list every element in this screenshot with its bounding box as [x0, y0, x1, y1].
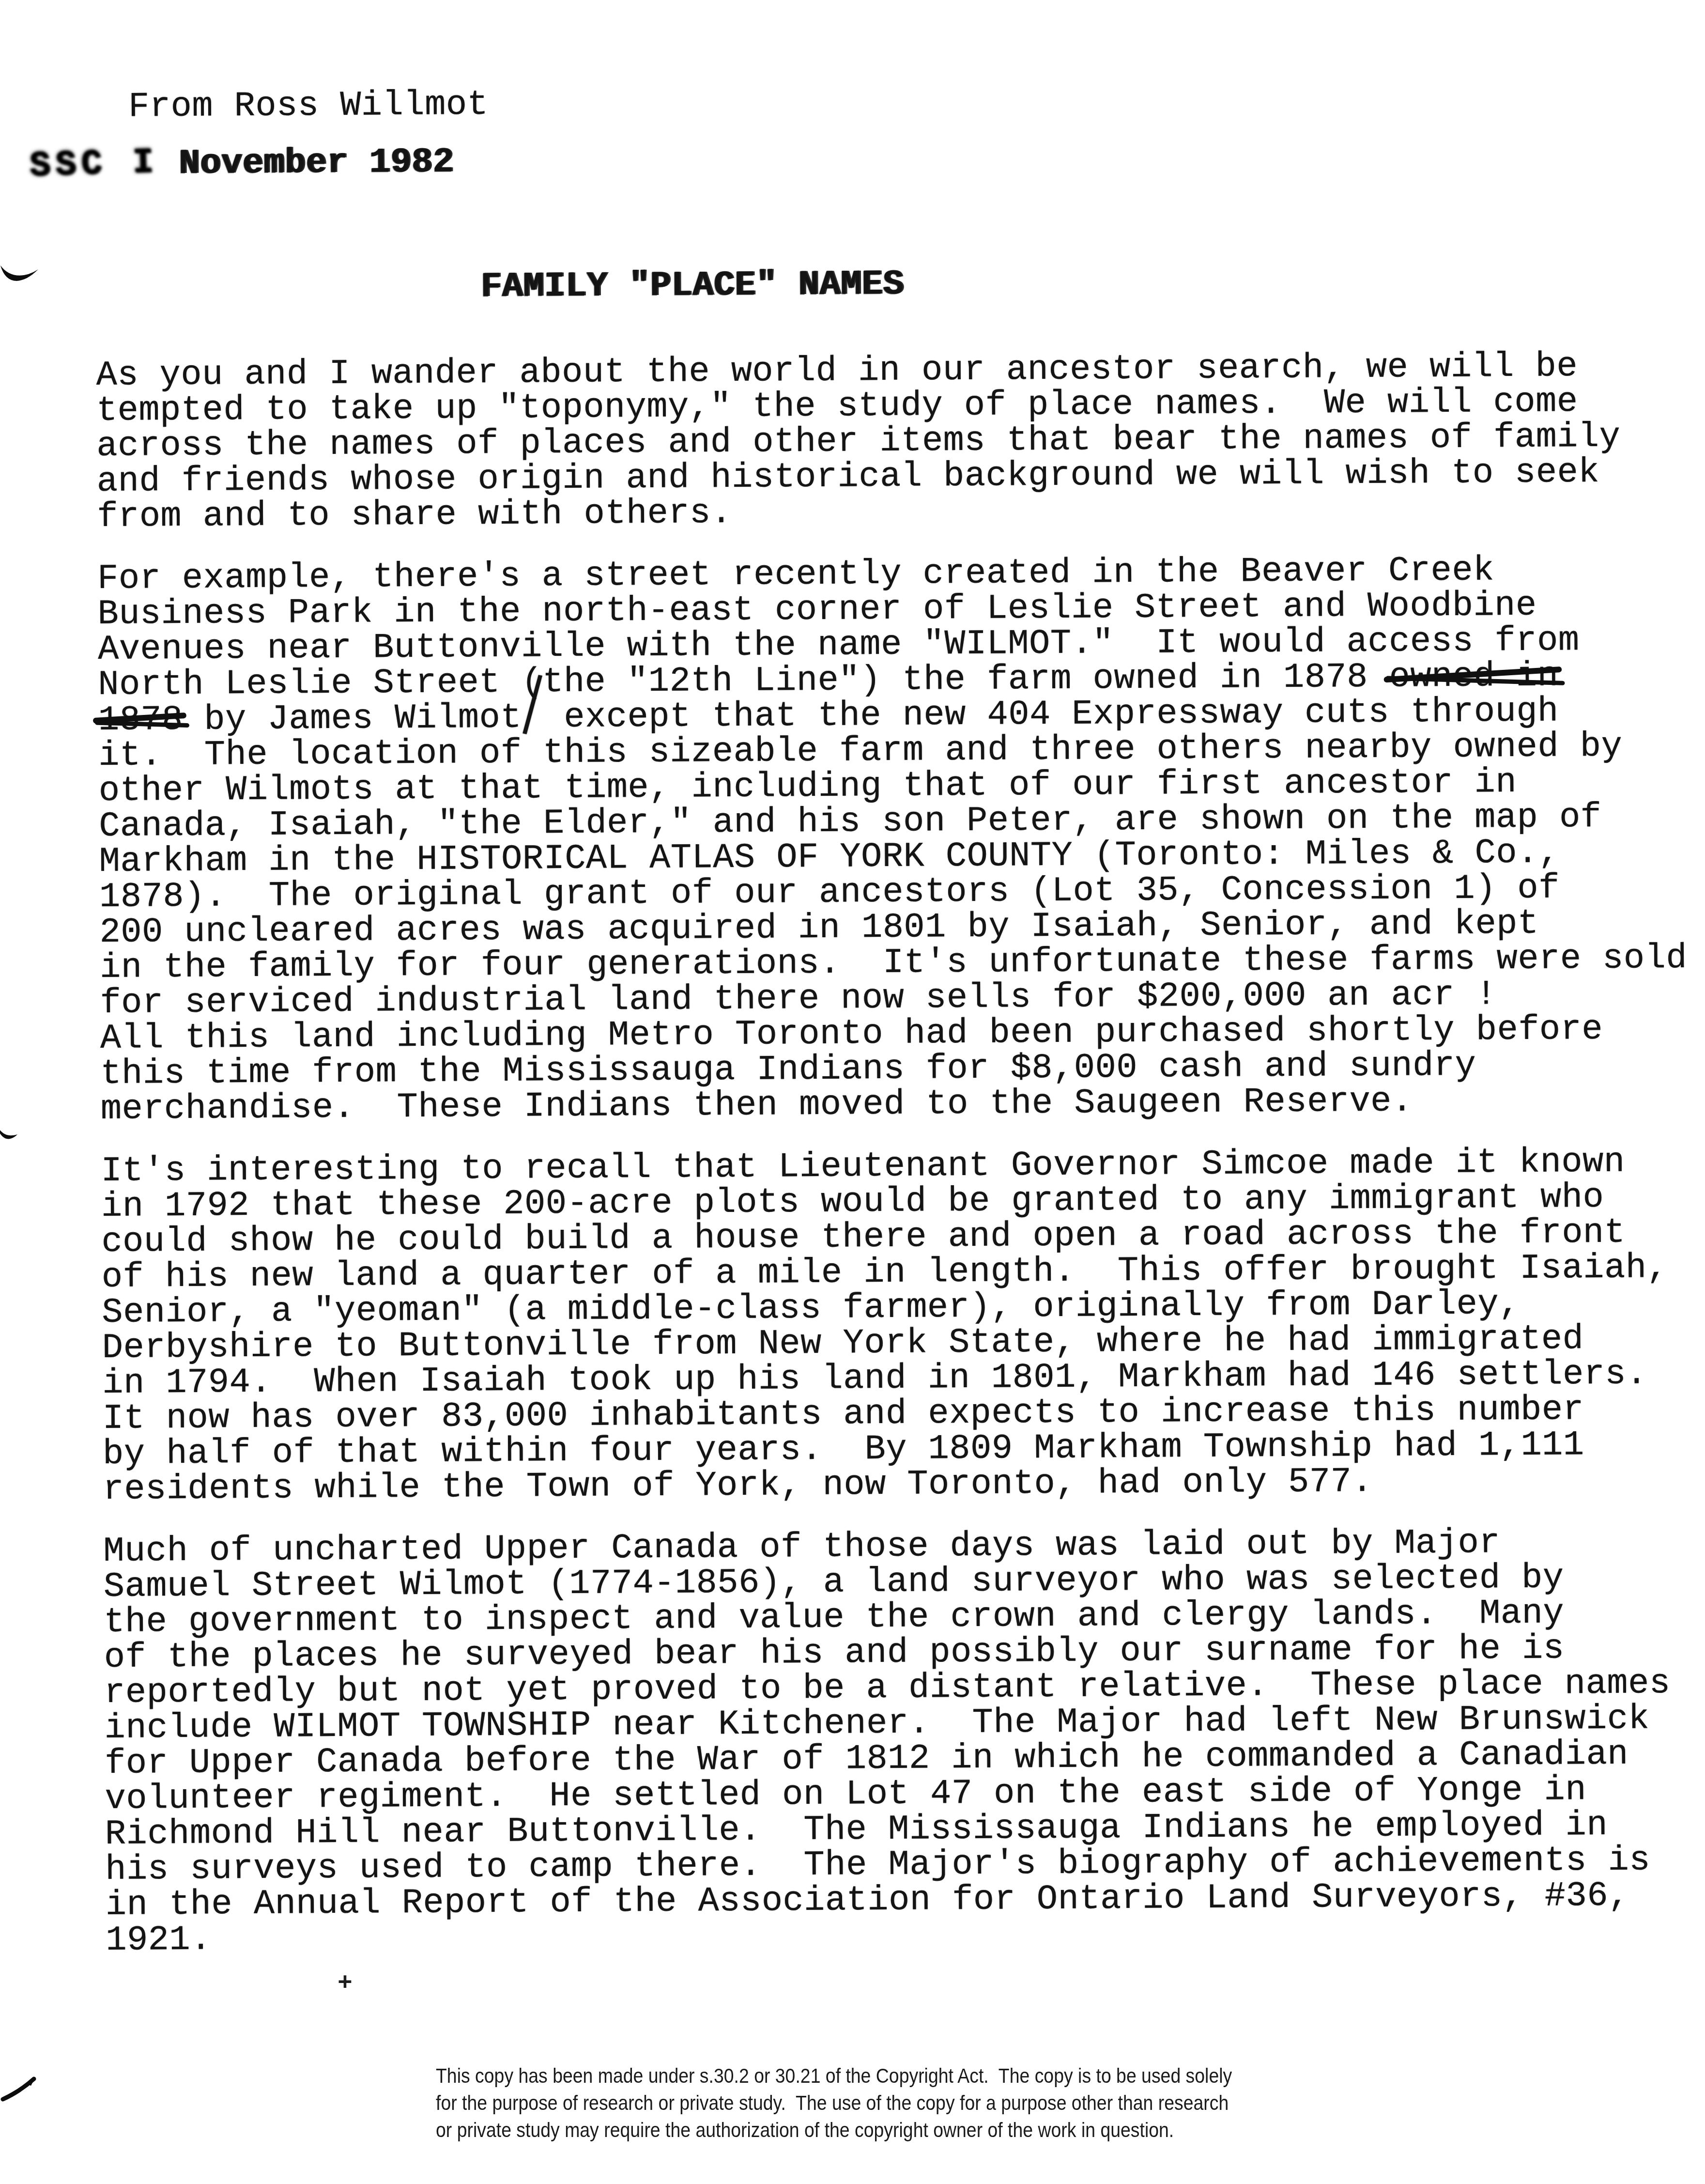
from-line: From Ross Willmot: [94, 80, 1705, 125]
strike-text: 1878: [98, 702, 183, 738]
date-text: November 1982: [179, 142, 454, 183]
scanned-document-page: From Ross Willmot SSC INovember 1982 FAM…: [0, 0, 1705, 2184]
date-line: SSC INovember 1982: [30, 137, 1705, 183]
copyright-notice-line: This copy has been made under s.30.2 or …: [436, 2062, 1232, 2090]
copyright-notice-line: or private study may require the authori…: [436, 2117, 1232, 2144]
pen-flick-bottom-left-mark: [3, 2079, 34, 2099]
typed-line: and friends whose origin and historical …: [97, 454, 1705, 499]
pen-flick-tip-mark: [28, 2077, 35, 2086]
body-paragraphs: As you and I wander about the world in o…: [96, 348, 1705, 1958]
pen-curve-top-left-mark: [0, 265, 38, 281]
paragraph: It's interesting to recall that Lieutena…: [101, 1144, 1705, 1507]
typed-line: residents while the Town of York, now To…: [103, 1462, 1705, 1507]
typed-line: in the Annual Report of the Association …: [106, 1878, 1705, 1923]
typewritten-content: From Ross Willmot SSC INovember 1982 FAM…: [94, 80, 1705, 1958]
strike-text: owned in: [1389, 659, 1558, 695]
stamp-overprint: SSC I: [29, 145, 159, 185]
document-title: FAMILY "PLACE" NAMES: [95, 262, 1705, 307]
copyright-notice-line: for the purpose of research or private s…: [436, 2090, 1232, 2117]
pen-slash-text: /: [521, 668, 544, 757]
paragraph: Much of uncharted Upper Canada of those …: [103, 1524, 1705, 1958]
typed-line: merchandise. These Indians then moved to…: [101, 1082, 1705, 1127]
paragraph: For example, there's a street recently c…: [97, 552, 1705, 1127]
pen-plus-mark: +: [338, 1967, 352, 1995]
paragraph: As you and I wander about the world in o…: [96, 348, 1705, 535]
pen-curve-mid-left-mark: [0, 1124, 17, 1139]
copyright-notice: This copy has been made under s.30.2 or …: [436, 2062, 1232, 2144]
